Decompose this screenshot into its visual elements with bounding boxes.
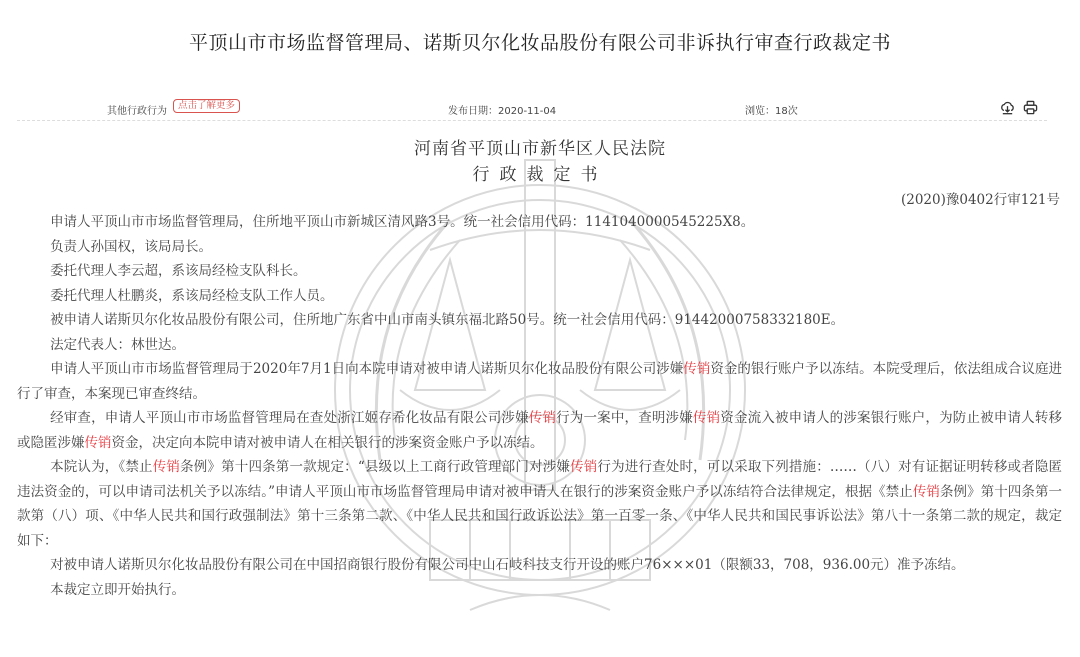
ruling-body: 申请人平顶山市市场监督管理局，住所地平顶山市新城区清风路3号。统一社会信用代码：… (17, 210, 1062, 602)
paragraph-text: 条例》第十四条第一款规定：“县级以上工商行政管理部门对涉嫌 (180, 459, 570, 475)
publish-date-value: 2020-11-04 (498, 106, 556, 117)
print-icon[interactable] (1023, 100, 1038, 115)
publish-date: 发布日期：2020-11-04 (448, 102, 556, 117)
paragraph-text: 被申请人诺斯贝尔化妆品股份有限公司，住所地广东省中山市南头镇东福北路50号。统一… (50, 312, 844, 328)
paragraph-text: 负责人孙国权，该局局长。 (50, 239, 212, 255)
paragraph: 被申请人诺斯贝尔化妆品股份有限公司，住所地广东省中山市南头镇东福北路50号。统一… (17, 308, 1062, 333)
category-label: 其他行政行为 (107, 102, 167, 117)
highlighted-term: 传销 (529, 410, 556, 426)
paragraph: 委托代理人杜鹏炎，系该局经检支队工作人员。 (17, 284, 1062, 309)
meta-bar: 其他行政行为 点击了解更多 发布日期：2020-11-04 浏览：18次 (17, 98, 1047, 121)
highlighted-term: 传销 (913, 484, 940, 500)
highlighted-term: 传销 (693, 410, 720, 426)
paragraph-text: 经审查，申请人平顶山市市场监督管理局在查处浙江姬存希化妆品有限公司涉嫌 (50, 410, 529, 426)
view-count: 浏览：18次 (745, 102, 798, 117)
paragraph: 对被申请人诺斯贝尔化妆品股份有限公司在中国招商银行股份有限公司中山石岐科技支行开… (17, 553, 1062, 578)
page-title: 平顶山市市场监督管理局、诺斯贝尔化妆品股份有限公司非诉执行审查行政裁定书 (0, 28, 1080, 55)
highlighted-term: 传销 (683, 361, 710, 377)
highlighted-term: 传销 (570, 459, 597, 475)
paragraph: 申请人平顶山市市场监督管理局于2020年7月1日向本院申请对被申请人诺斯贝尔化妆… (17, 357, 1062, 406)
highlighted-term: 传销 (85, 435, 112, 451)
highlighted-term: 传销 (153, 459, 180, 475)
paragraph: 法定代表人：林世达。 (17, 333, 1062, 358)
court-name: 河南省平顶山市新华区人民法院 (0, 134, 1080, 159)
ruling-type: 行政裁定书 (0, 160, 1080, 185)
publish-date-label: 发布日期： (448, 106, 498, 117)
paragraph: 本裁定立即开始执行。 (17, 578, 1062, 603)
view-count-value: 18次 (775, 106, 798, 117)
paragraph: 委托代理人李云超，系该局经检支队科长。 (17, 259, 1062, 284)
action-icons (1000, 100, 1038, 115)
paragraph: 负责人孙国权，该局局长。 (17, 235, 1062, 260)
learn-more-button[interactable]: 点击了解更多 (173, 99, 240, 113)
paragraph-text: 申请人平顶山市市场监督管理局于2020年7月1日向本院申请对被申请人诺斯贝尔化妆… (50, 361, 683, 377)
paragraph-text: 本裁定立即开始执行。 (50, 582, 185, 598)
paragraph: 本院认为，《禁止传销条例》第十四条第一款规定：“县级以上工商行政管理部门对涉嫌传… (17, 455, 1062, 553)
page: 平顶山市市场监督管理局、诺斯贝尔化妆品股份有限公司非诉执行审查行政裁定书 其他行… (0, 0, 1080, 657)
paragraph-text: 委托代理人杜鹏炎，系该局经检支队工作人员。 (50, 288, 334, 304)
paragraph-text: 委托代理人李云超，系该局经检支队科长。 (50, 263, 307, 279)
case-number: (2020)豫0402行审121号 (901, 188, 1060, 208)
paragraph: 申请人平顶山市市场监督管理局，住所地平顶山市新城区清风路3号。统一社会信用代码：… (17, 210, 1062, 235)
paragraph-text: 资金，决定向本院申请对被申请人在相关银行的涉案资金账户予以冻结。 (112, 435, 544, 451)
paragraph-text: 对被申请人诺斯贝尔化妆品股份有限公司在中国招商银行股份有限公司中山石岐科技支行开… (50, 557, 964, 573)
paragraph-text: 申请人平顶山市市场监督管理局，住所地平顶山市新城区清风路3号。统一社会信用代码：… (50, 214, 754, 230)
paragraph: 经审查，申请人平顶山市市场监督管理局在查处浙江姬存希化妆品有限公司涉嫌传销行为一… (17, 406, 1062, 455)
download-icon[interactable] (1000, 100, 1015, 115)
paragraph-text: 法定代表人：林世达。 (50, 337, 185, 353)
paragraph-text: 本院认为，《禁止 (50, 459, 153, 475)
paragraph-text: 行为一案中，查明涉嫌 (556, 410, 693, 426)
view-count-label: 浏览： (745, 106, 775, 117)
